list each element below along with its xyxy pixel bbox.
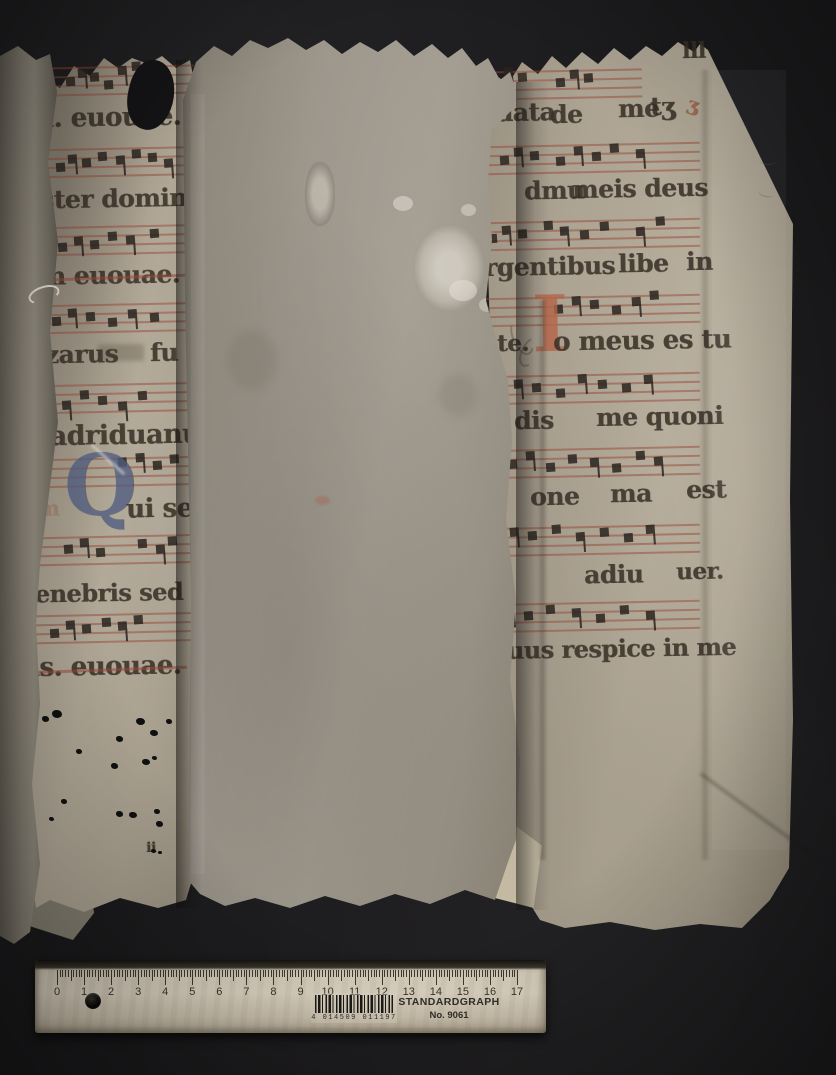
worm-hole — [151, 849, 156, 853]
ruler-tick — [117, 970, 118, 977]
ruler-tick — [360, 970, 361, 977]
neume-icon — [514, 379, 524, 389]
ruler-tick — [233, 970, 234, 981]
ruler-tick — [271, 970, 272, 977]
ruler-tick — [371, 970, 372, 977]
music-staff — [484, 524, 701, 557]
ruler-tick — [498, 970, 499, 977]
neume-icon — [135, 453, 145, 463]
ruler-tick — [398, 970, 399, 977]
neume-icon — [98, 152, 108, 162]
neume-stem — [87, 546, 90, 558]
ruler-tick — [425, 970, 426, 977]
neume-icon — [82, 624, 92, 634]
neume-icon — [596, 614, 606, 624]
neume-icon — [572, 608, 582, 618]
neume-icon — [556, 156, 566, 166]
ruler-tick — [301, 970, 302, 985]
ruler-tick — [222, 970, 223, 977]
ruler-tick — [336, 970, 337, 977]
neume-stem — [579, 616, 582, 628]
ruler-tick — [249, 970, 250, 977]
ruler-number: 7 — [243, 986, 249, 998]
ruler-tick — [347, 970, 348, 977]
neume-icon — [78, 68, 88, 78]
neume-icon — [156, 544, 166, 554]
neume-icon — [64, 544, 74, 554]
ruler-tick — [395, 970, 396, 981]
white-splash-stain — [413, 224, 485, 312]
worm-hole — [52, 710, 62, 718]
barcode-bars-icon — [315, 995, 393, 1013]
ruler-tick — [409, 970, 410, 985]
staff-line — [484, 227, 700, 233]
neume-icon — [645, 524, 655, 534]
ruler-tick — [230, 970, 231, 977]
ruler-tick — [217, 970, 218, 977]
ruler-tick — [509, 970, 510, 977]
manuscript-text-line: de — [550, 100, 583, 130]
manuscript-text-line: te. — [497, 330, 529, 358]
neume-icon — [546, 463, 556, 473]
neume-icon — [644, 375, 654, 385]
manuscript-text-line: tʒ — [650, 92, 675, 121]
neume-stem — [567, 234, 570, 246]
manuscript-text-line: ii — [146, 840, 156, 856]
digitized-manuscript-photo: 01234567891011121314151617 4 014509 0111… — [0, 0, 836, 1075]
ruler-tick — [376, 970, 377, 977]
worm-hole — [152, 756, 157, 760]
worm-hole — [76, 749, 82, 754]
worm-hole — [49, 817, 54, 821]
neume-icon — [518, 229, 528, 239]
ruler-tick — [363, 970, 364, 977]
ruler-tick — [214, 970, 215, 977]
ruler-tick — [282, 970, 283, 977]
neume-stem — [583, 540, 586, 552]
ruler-tick — [106, 970, 107, 977]
ruler-tick — [103, 970, 104, 977]
ruler-tick — [317, 970, 318, 977]
neume-stem — [639, 305, 642, 317]
ruler-tick — [460, 970, 461, 977]
neume-icon — [636, 451, 646, 461]
ruler-tick — [476, 970, 477, 981]
ruler-tick — [309, 970, 310, 977]
manuscript-text-line: ui se — [126, 493, 193, 524]
neume-icon — [654, 456, 664, 466]
neume-stem — [143, 461, 146, 473]
ruler-number: 5 — [189, 986, 195, 998]
ruler-tick — [246, 970, 247, 985]
ruler-tick — [238, 970, 239, 977]
neume-icon — [164, 158, 174, 168]
worm-hole — [116, 811, 123, 817]
ruler-tick — [479, 970, 480, 977]
neume-stem — [521, 155, 524, 167]
wax-drip-stain — [305, 162, 335, 226]
ruler-tick — [430, 970, 431, 977]
ruler-tick — [355, 970, 356, 985]
ruler-tick — [73, 970, 74, 977]
neume-icon — [108, 317, 118, 327]
ruler-tick — [206, 970, 207, 981]
neume-icon — [118, 621, 128, 631]
white-splash-stain — [393, 196, 413, 211]
ruler-tick — [422, 970, 423, 981]
ruler-number: 4 — [162, 986, 168, 998]
neume-icon — [104, 80, 114, 90]
neume-icon — [56, 163, 66, 173]
neume-stem — [651, 382, 654, 394]
ruler-tick — [303, 970, 304, 977]
neume-icon — [609, 143, 619, 153]
ruler-tick — [349, 970, 350, 977]
white-splash-stain — [449, 280, 477, 301]
ruler-tick — [517, 970, 518, 985]
worm-hole — [42, 716, 49, 722]
ruler-tick — [338, 970, 339, 977]
neume-icon — [138, 391, 148, 401]
ruler-tick — [100, 970, 101, 977]
ruler-tick — [81, 970, 82, 977]
ruler-tick — [154, 970, 155, 977]
ruler-tick — [466, 970, 467, 977]
white-splash-stain — [461, 204, 476, 216]
neume-icon — [514, 147, 524, 157]
neume-icon — [102, 618, 112, 628]
neume-icon — [649, 290, 659, 300]
neume-icon — [636, 227, 646, 237]
ruler-tick — [319, 970, 320, 977]
ruler-tick — [506, 970, 507, 977]
neume-icon — [108, 231, 118, 241]
music-staff — [484, 446, 701, 479]
ruler-tick — [403, 970, 404, 977]
ruler-tick — [471, 970, 472, 977]
ruler-tick — [163, 970, 164, 977]
ruler-tick — [455, 970, 456, 977]
fold-crease — [700, 70, 710, 860]
ruler-tick — [330, 970, 331, 977]
ruler-tick — [127, 970, 128, 977]
ruler-tick — [71, 970, 72, 981]
ruler-tick — [179, 970, 180, 981]
music-staff — [484, 294, 701, 327]
neume-icon — [612, 305, 622, 315]
dark-spot-stain — [227, 330, 277, 390]
staff-line — [484, 609, 700, 615]
ruler-tick — [387, 970, 388, 977]
ruler-tick — [344, 970, 345, 977]
ruler-tick — [119, 970, 120, 977]
ruler-tick — [187, 970, 188, 977]
fold-crease — [538, 300, 547, 860]
neume-icon — [598, 379, 608, 389]
neume-stem — [75, 162, 78, 174]
neume-icon — [58, 242, 68, 252]
worm-hole — [116, 736, 123, 742]
neume-icon — [620, 605, 630, 615]
blank-cover-leaf — [183, 34, 525, 916]
neume-icon — [62, 400, 72, 410]
neume-icon — [90, 240, 100, 250]
neume-icon — [526, 451, 536, 461]
neume-icon — [132, 149, 142, 159]
ruler-tick — [68, 970, 69, 977]
neume-icon — [584, 73, 594, 83]
barcode-digits: 4 014509 011197 — [311, 1014, 397, 1022]
ruler-tick — [463, 970, 464, 985]
ruler-tick — [444, 970, 445, 977]
neume-icon — [524, 611, 534, 621]
neume-icon — [502, 225, 512, 235]
neume-icon — [153, 460, 163, 470]
worm-hole — [166, 719, 172, 724]
neume-icon — [636, 149, 646, 159]
ruler-tick — [198, 970, 199, 977]
ruler-tick — [295, 970, 296, 977]
ruler-tick — [341, 970, 342, 981]
neume-icon — [126, 235, 136, 245]
neume-icon — [518, 73, 528, 83]
ruler-model-label: No. 9061 — [393, 1010, 505, 1021]
ruler-tick — [447, 970, 448, 977]
ruler-tick — [441, 970, 442, 977]
neume-icon — [68, 154, 78, 164]
ruler-tick — [114, 970, 115, 977]
ruler-tick — [368, 970, 369, 981]
neume-icon — [624, 533, 634, 543]
ruler-tick — [279, 970, 280, 977]
ruler-tick — [406, 970, 407, 977]
neume-icon — [138, 539, 148, 549]
ruler-tick — [382, 970, 383, 985]
ruler-tick — [433, 970, 434, 977]
neume-icon — [530, 151, 540, 161]
ruler-tick — [241, 970, 242, 977]
fold-highlight — [712, 70, 786, 850]
ruler-tick — [65, 970, 66, 977]
staff-line — [484, 618, 700, 624]
ruler-tick — [141, 970, 142, 977]
neume-icon — [600, 221, 610, 231]
ruler-tick — [292, 970, 293, 977]
ruler-tick — [84, 970, 85, 985]
ruler-tick — [255, 970, 256, 977]
neume-icon — [80, 390, 90, 400]
ruler-tick — [393, 970, 394, 977]
manuscript-text-line: adiu — [584, 559, 644, 589]
ruler-tick — [436, 970, 437, 985]
worm-hole — [154, 809, 160, 814]
neume-icon — [612, 463, 622, 473]
music-staff — [484, 218, 701, 251]
neume-stem — [69, 408, 72, 420]
ruler-tick — [111, 970, 112, 985]
ruler-tick — [181, 970, 182, 977]
neume-icon — [86, 312, 96, 322]
ruler-tick — [203, 970, 204, 977]
manuscript-text-line: fu — [150, 338, 178, 367]
ruler-tick — [490, 970, 491, 985]
neume-icon — [96, 548, 106, 558]
ruler-tick — [328, 970, 329, 985]
neume-icon — [118, 401, 128, 411]
neume-icon — [590, 300, 600, 310]
ruler-hanging-hole — [85, 993, 101, 1009]
ruler-tick — [122, 970, 123, 977]
ruler-tick — [225, 970, 226, 977]
ruler-number: 8 — [270, 986, 276, 998]
ruler-tick — [401, 970, 402, 977]
staff-line — [484, 390, 700, 396]
ruler-tick — [420, 970, 421, 977]
ruler-tick — [493, 970, 494, 977]
ruler-tick — [379, 970, 380, 977]
ruler-tick — [306, 970, 307, 977]
ruler-tick — [485, 970, 486, 977]
neume-icon — [116, 155, 126, 165]
neume-stem — [135, 317, 138, 329]
manuscript-text-line: rgentibus — [484, 251, 616, 282]
ruler-tick — [79, 970, 80, 977]
neume-icon — [655, 216, 665, 226]
ruler-tick — [390, 970, 391, 977]
neume-icon — [90, 72, 100, 82]
music-staff — [484, 600, 701, 633]
ruler-tick — [87, 970, 88, 977]
ruler-number: 3 — [135, 986, 141, 998]
neume-icon — [98, 396, 108, 406]
neume-icon — [82, 158, 92, 168]
ruler-tick — [449, 970, 450, 981]
ruler-tick — [284, 970, 285, 977]
neume-icon — [117, 66, 127, 76]
ruler-tick — [333, 970, 334, 977]
ruler-tick — [512, 970, 513, 977]
ruler-tick — [138, 970, 139, 985]
music-staff — [486, 142, 701, 174]
ruler-tick — [76, 970, 77, 977]
ruler-tick — [257, 970, 258, 977]
neume-icon — [577, 374, 587, 384]
ruler-tick — [92, 970, 93, 977]
ruler-tick — [168, 970, 169, 977]
ruler-tick — [200, 970, 201, 977]
ruler-tick — [133, 970, 134, 977]
ruler-tick — [417, 970, 418, 977]
neume-icon — [66, 620, 76, 630]
neume-icon — [632, 297, 642, 307]
neume-icon — [128, 309, 138, 319]
manuscript-text-line: ma — [610, 479, 652, 509]
ruler-tick — [211, 970, 212, 977]
ruler-tick — [57, 970, 58, 985]
worm-hole — [61, 799, 67, 804]
neume-icon — [66, 77, 76, 87]
ruler-tick — [474, 970, 475, 977]
ruler-tick — [487, 970, 488, 977]
ruler-tick — [273, 970, 274, 985]
neume-stem — [85, 76, 88, 88]
neume-icon — [592, 152, 602, 162]
neume-icon — [574, 146, 584, 156]
neume-stem — [509, 233, 512, 245]
neume-icon — [590, 458, 600, 468]
neume-stem — [171, 166, 174, 178]
manuscript-text-line: meis deus — [572, 173, 708, 204]
ruler-tick — [173, 970, 174, 977]
neume-icon — [560, 226, 570, 236]
ruler-tick — [514, 970, 515, 977]
ruler-tick — [276, 970, 277, 977]
ruler-tick — [176, 970, 177, 977]
barcode: 4 014509 011197 — [311, 993, 397, 1023]
neume-icon — [556, 388, 566, 398]
neume-icon — [622, 383, 632, 393]
neume-icon — [556, 78, 566, 88]
ruler-tick — [95, 970, 96, 977]
ruler-tick — [130, 970, 131, 977]
neume-icon — [543, 221, 553, 231]
neume-icon — [510, 527, 520, 537]
ruler-tick — [384, 970, 385, 977]
ruler-tick — [171, 970, 172, 977]
ruler-number: 0 — [54, 986, 60, 998]
neume-stem — [643, 157, 646, 169]
manuscript-text-line: lll — [682, 38, 706, 64]
ruler-number: 6 — [216, 986, 222, 998]
ruler-tick — [244, 970, 245, 977]
ruler-tick — [98, 970, 99, 981]
neume-stem — [73, 628, 76, 640]
ruler-tick — [268, 970, 269, 977]
ruler-tick — [414, 970, 415, 977]
neume-icon — [569, 69, 579, 79]
ruler-tick — [501, 970, 502, 977]
neume-icon — [500, 156, 510, 166]
ruler-tick — [184, 970, 185, 977]
neume-icon — [169, 454, 179, 464]
ruler-tick — [452, 970, 453, 977]
ruler-tick — [144, 970, 145, 977]
fold-highlight — [191, 94, 205, 874]
neume-icon — [68, 308, 78, 318]
worm-hole — [136, 718, 145, 725]
neume-icon — [150, 313, 160, 323]
ruler-number: 9 — [297, 986, 303, 998]
neume-icon — [568, 454, 578, 464]
neume-icon — [600, 527, 610, 537]
ruler-tick — [149, 970, 150, 977]
neume-stem — [533, 459, 536, 471]
ruler-tick — [495, 970, 496, 977]
ruler-tick — [192, 970, 193, 985]
ruler-tick — [365, 970, 366, 977]
ruler-tick — [152, 970, 153, 981]
ruler-tick — [265, 970, 266, 977]
ruler-tick — [457, 970, 458, 977]
neume-icon — [168, 536, 178, 546]
ruler-tick — [322, 970, 323, 977]
ruler-tick — [125, 970, 126, 981]
ruler-tick — [89, 970, 90, 977]
ruler-tick — [209, 970, 210, 977]
staff-line — [484, 542, 700, 548]
neume-icon — [551, 524, 561, 534]
dark-spot-stain — [439, 374, 477, 416]
